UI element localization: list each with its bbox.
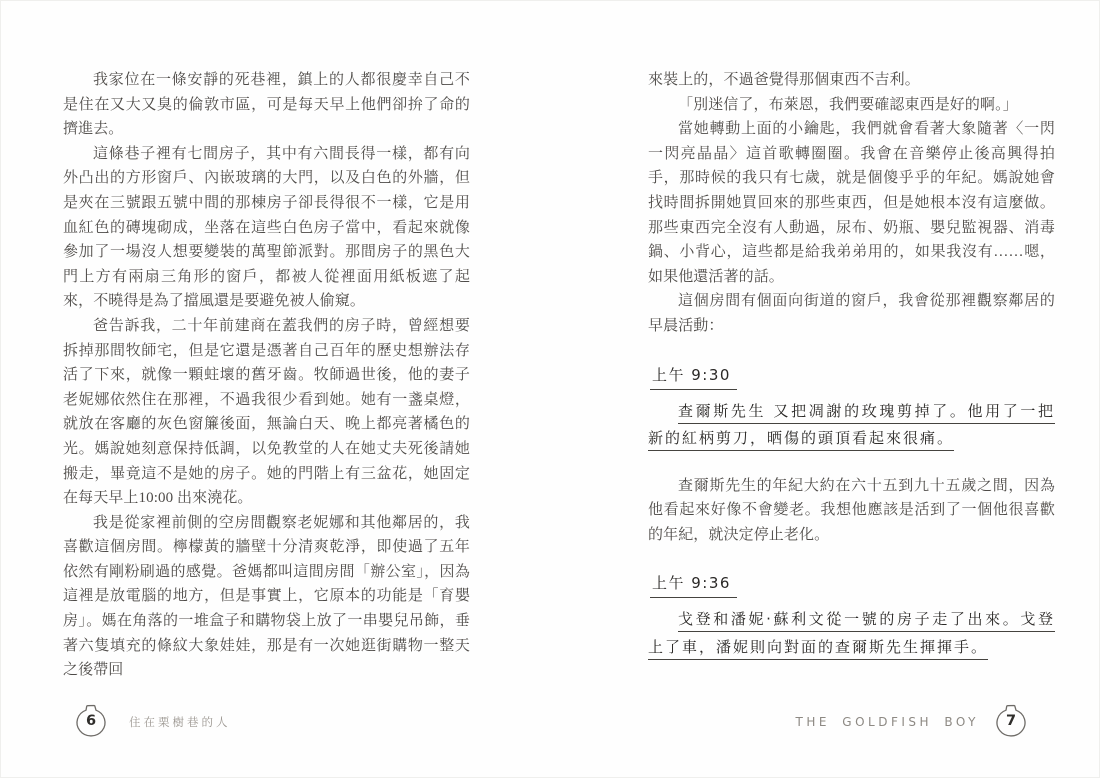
diary-entry-0936: 上午 9:36 戈登和潘妮·蘇利文從一號的房子走了出來。戈登上了車，潘妮則向對面…: [648, 573, 1055, 661]
footer-series-title: 住在栗樹巷的人: [129, 714, 231, 730]
diary-entry-0930: 上午 9:30 查爾斯先生 又把凋謝的玫瑰剪掉了。他用了一把新的紅柄剪刀，晒傷的…: [648, 365, 1055, 453]
diary-time-label: 上午 9:36: [650, 574, 737, 598]
body-paragraph: 這條巷子裡有七間房子，其中有六間長得一樣，都有向外凸出的方形窗戶、內嵌玻璃的大門…: [63, 142, 470, 314]
footer-right: THE GOLDFISH BOY 7: [796, 703, 1030, 740]
body-paragraph-dialogue: 「別迷信了，布萊恩，我們要確認東西是好的啊。」: [648, 93, 1055, 118]
body-paragraph-continuation: 來裝上的，不過爸覺得那個東西不吉利。: [648, 68, 1055, 93]
diary-text: 戈登和潘妮·蘇利文從一號的房子走了出來。戈登上了車，潘妮則向對面的查爾斯先生揮揮…: [648, 606, 1055, 661]
diary-text: 查爾斯先生 又把凋謝的玫瑰剪掉了。他用了一把新的紅柄剪刀，晒傷的頭頂看起來很痛。: [648, 398, 1055, 453]
book-spread: 我家位在一條安靜的死巷裡，鎮上的人都很慶幸自己不是住在又大又臭的倫敦市區，可是每…: [0, 0, 1100, 778]
page-number: 6: [72, 713, 110, 729]
body-paragraph: 我家位在一條安靜的死巷裡，鎮上的人都很慶幸自己不是住在又大又臭的倫敦市區，可是每…: [63, 68, 470, 142]
diary-time-label: 上午 9:30: [650, 366, 737, 390]
footer-left: 6 住在栗樹巷的人: [72, 703, 231, 740]
body-paragraph: 查爾斯先生的年紀大約在六十五到九十五歲之間，因為他看起來好像不會變老。我想他應該…: [648, 474, 1055, 548]
body-paragraph: 爸告訴我，二十年前建商在蓋我們的房子時，曾經想要拆掉那間牧師宅，但是它還是憑著自…: [63, 314, 470, 511]
fishbowl-page-number-icon: 6: [72, 703, 110, 740]
page-right: 來裝上的，不過爸覺得那個東西不吉利。 「別迷信了，布萊恩，我們要確認東西是好的啊…: [648, 68, 1055, 661]
body-paragraph: 我是從家裡前側的空房間觀察老妮娜和其他鄰居的，我喜歡這個房間。檸檬黃的牆壁十分清…: [63, 511, 470, 683]
body-paragraph: 這個房間有個面向街道的窗戶，我會從那裡觀察鄰居的早晨活動：: [648, 289, 1055, 338]
page-left: 我家位在一條安靜的死巷裡，鎮上的人都很慶幸自己不是住在又大又臭的倫敦市區，可是每…: [63, 68, 470, 683]
footer-book-title: THE GOLDFISH BOY: [796, 715, 979, 729]
page-number: 7: [992, 713, 1030, 729]
fishbowl-page-number-icon: 7: [992, 703, 1030, 740]
body-paragraph: 當她轉動上面的小鑰匙，我們就會看著大象隨著〈一閃一閃亮晶晶〉這首歌轉圈圈。我會在…: [648, 117, 1055, 289]
